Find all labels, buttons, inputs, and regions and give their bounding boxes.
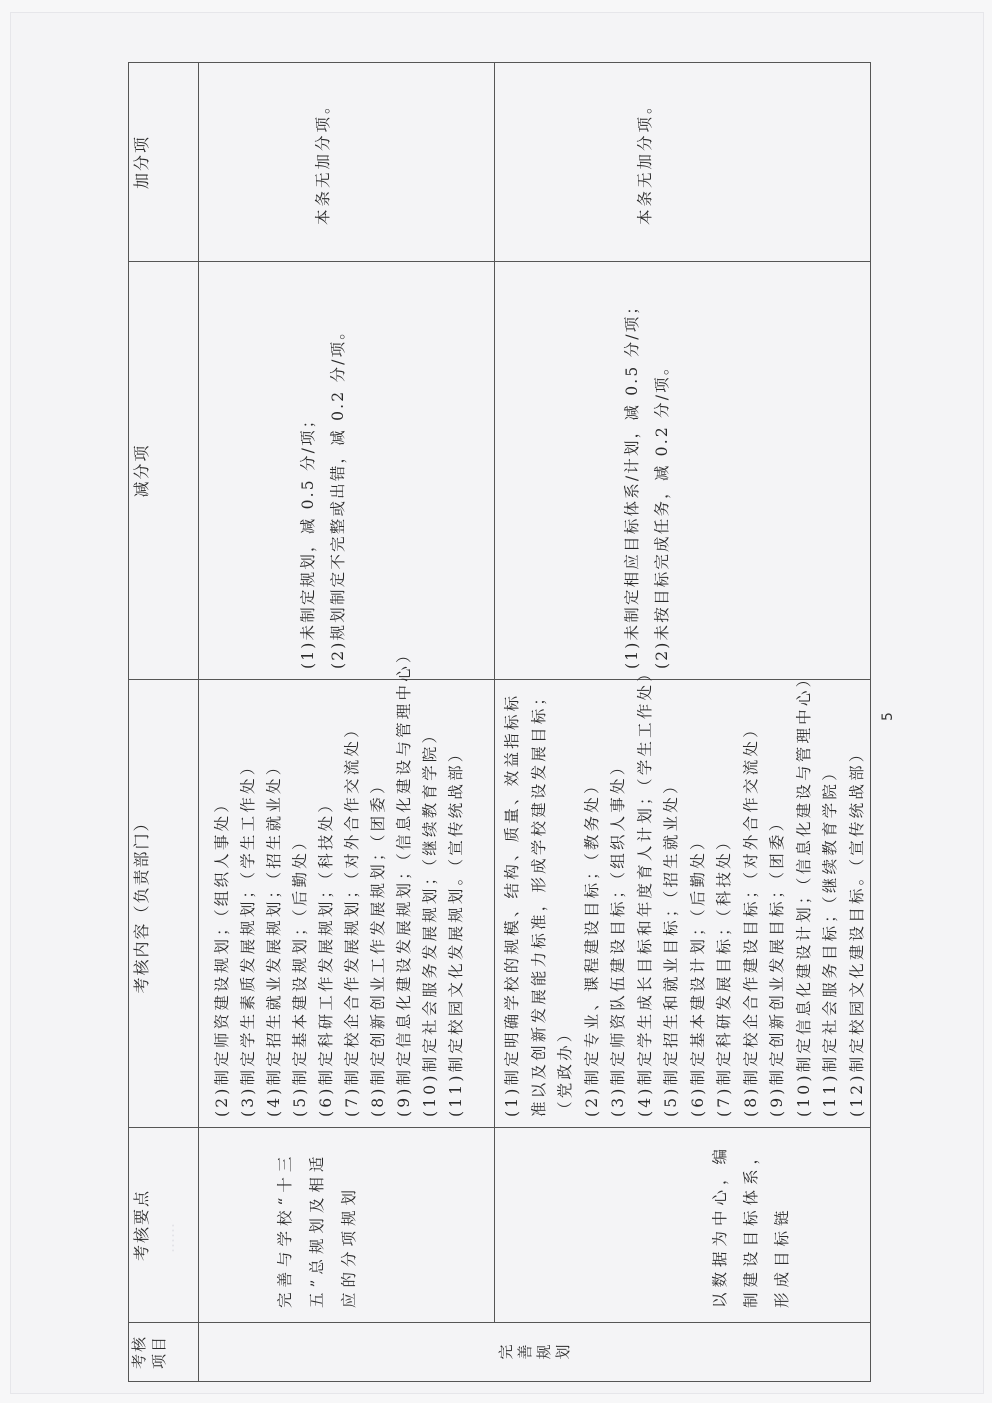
header-points: 考核要点: [129, 1128, 199, 1323]
content-item: (8)制定创新创业工作发展规划；（团委）: [365, 686, 391, 1117]
content-item: (3)制定学生素质发展规划；（学生工作处）: [235, 686, 261, 1117]
content-item: (4)制定学生成长目标和年度育人计划；（学生工作处）: [632, 686, 659, 1117]
assessment-table: 考核项目 考核要点 考核内容（负责部门） 减分项 加分项 完善规划 完善与学校“…: [128, 62, 871, 1382]
content-item: (11)制定社会服务目标；（继续教育学院）: [817, 686, 844, 1117]
content-item: (10)制定社会服务发展规划；（继续教育学院）: [417, 686, 443, 1117]
deduction-cell: (1)未制定相应目标体系/计划，减 0.5 分/项； (2)未按目标完成任务，减…: [495, 262, 871, 680]
content-item: (8)制定校企合作建设目标；（对外合作交流处）: [738, 686, 765, 1117]
rotated-landscape-sheet: …… 考核项目 考核要点 考核内容（负责部门） 减分项 加分项 完善规划 完善与…: [0, 0, 992, 1403]
content-item: (5)制定基本建设规划；（后勤处）: [287, 686, 313, 1117]
deduction-cell: (1)未制定规划，减 0.5 分/项； (2)规划制定不完整或出错，减 0.2 …: [199, 262, 495, 680]
category-label: 完善规划: [497, 1343, 573, 1361]
content-item: (7)制定科研发展目标；（科技处）: [711, 686, 738, 1117]
points-cell: 完善与学校“十三五”总规划及相适应的分项规划: [199, 1128, 495, 1323]
deduction-item: (2)未按目标完成任务，减 0.2 分/项。: [647, 266, 677, 669]
content-item: (4)制定招生就业发展规划；（招生就业处）: [261, 686, 287, 1117]
bonus-cell: 本条无加分项。: [495, 63, 871, 262]
content-item: (6)制定科研工作发展规划；（科技处）: [313, 686, 339, 1117]
header-deduction: 减分项: [129, 262, 199, 680]
table-header-row: 考核项目 考核要点 考核内容（负责部门） 减分项 加分项: [129, 63, 199, 1382]
header-project: 考核项目: [129, 1323, 199, 1382]
content-item: (2)制定专业、课程建设目标；（教务处）: [579, 686, 606, 1117]
content-item: (9)制定信息化建设发展规划；（信息化建设与管理中心）: [391, 686, 417, 1117]
bonus-cell: 本条无加分项。: [199, 63, 495, 262]
content-item: (10)制定信息化建设计划；（信息化建设与管理中心）: [791, 686, 818, 1117]
header-bonus: 加分项: [129, 63, 199, 262]
content-item: (1)制定明确学校的规模、结构、质量、效益指标标准以及创新发展能力标准，形成学校…: [499, 686, 579, 1117]
table-row: 以数据为中心，编制建设目标体系，形成目标链 (1)制定明确学校的规模、结构、质量…: [495, 63, 871, 1382]
deduction-item: (1)未制定规划，减 0.5 分/项；: [293, 266, 323, 669]
content-item: (9)制定创新创业发展目标；（团委）: [764, 686, 791, 1117]
points-cell: 以数据为中心，编制建设目标体系，形成目标链: [495, 1128, 871, 1323]
category-cell: 完善规划: [199, 1323, 871, 1382]
content-item: (11)制定校园文化发展规划。（宣传统战部）: [443, 686, 469, 1117]
deduction-item: (2)规划制定不完整或出错，减 0.2 分/项。: [323, 266, 353, 669]
content-item: (3)制定师资队伍建设目标；（组织人事处）: [605, 686, 632, 1117]
page-number: 5: [880, 712, 896, 721]
content-item: (5)制定招生和就业目标；（招生就业处）: [658, 686, 685, 1117]
content-item: (6)制定基本建设计划；（后勤处）: [685, 686, 712, 1117]
content-item: (7)制定校企合作发展规划；（对外合作交流处）: [339, 686, 365, 1117]
content-item: (12)制定校园文化建设目标。（宣传统战部）: [844, 686, 871, 1117]
table-row: 完善规划 完善与学校“十三五”总规划及相适应的分项规划 (2)制定师资建设规划；…: [199, 63, 495, 1382]
content-item: (2)制定师资建设规划；（组织人事处）: [209, 686, 235, 1117]
deduction-item: (1)未制定相应目标体系/计划，减 0.5 分/项；: [617, 266, 647, 669]
content-cell: (1)制定明确学校的规模、结构、质量、效益指标标准以及创新发展能力标准，形成学校…: [495, 680, 871, 1128]
header-content: 考核内容（负责部门）: [129, 680, 199, 1128]
content-cell: (2)制定师资建设规划；（组织人事处） (3)制定学生素质发展规划；（学生工作处…: [199, 680, 495, 1128]
